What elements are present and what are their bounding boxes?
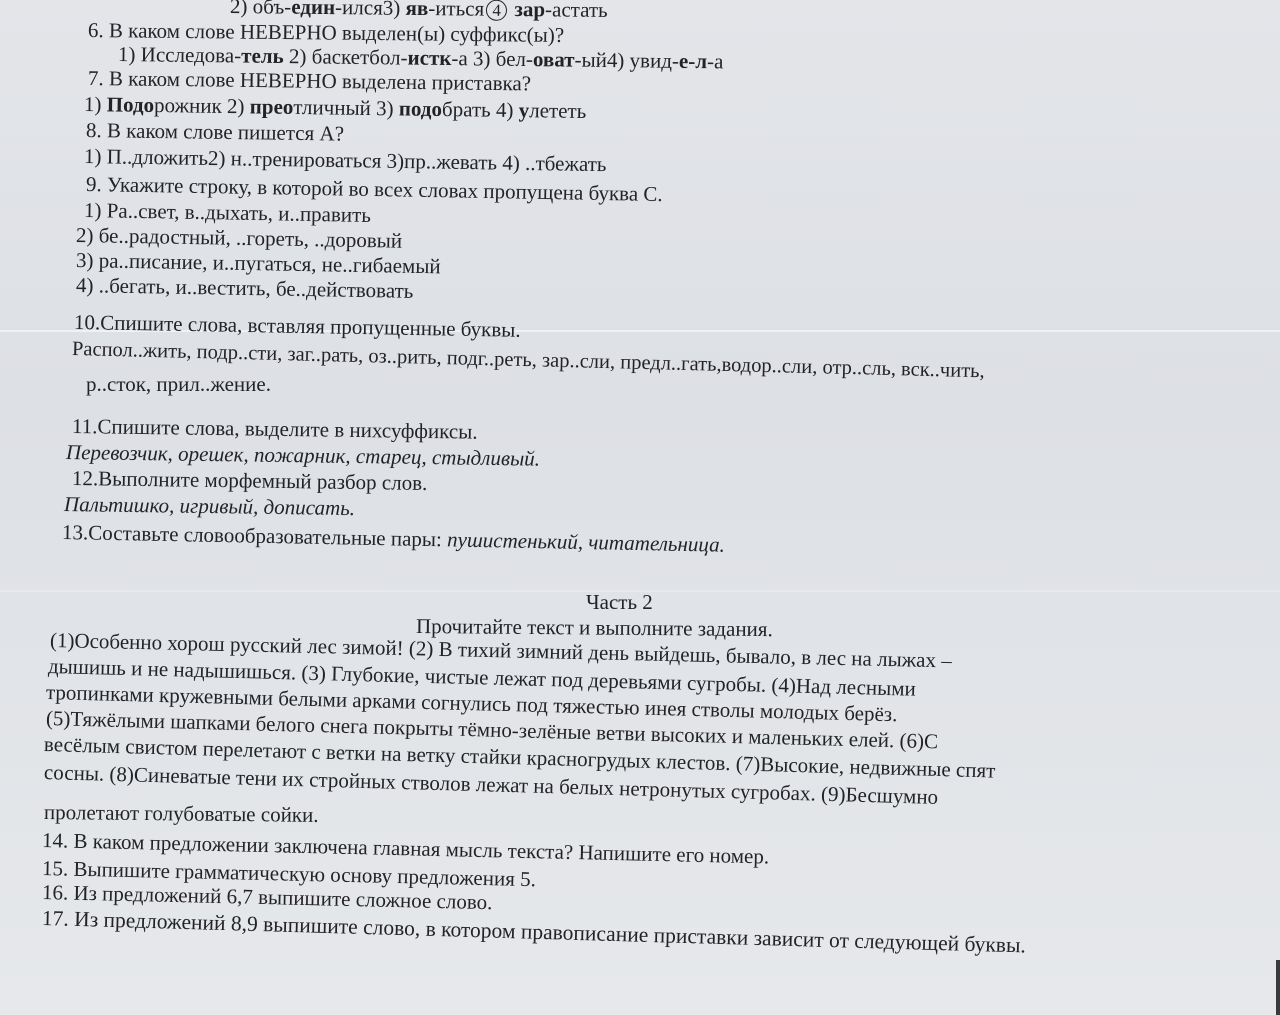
part-2-heading: Часть 2 xyxy=(586,590,653,614)
question-9-option: 4) ..бегать, и..вестить, бе..действовать xyxy=(76,273,414,303)
question-13: 13.Составьте словообразовательные пары: … xyxy=(62,520,725,557)
question-8-title: 8. В каком слове пишется А? xyxy=(86,118,344,146)
question-11-title: 11.Спишите слова, выделите в нихсуффиксы… xyxy=(72,414,478,444)
page-edge-shadow xyxy=(1276,960,1280,1015)
question-7-title: 7. В каком слове НЕВЕРНО выделена приста… xyxy=(88,66,531,95)
question-12-title: 12.Выполните морфемный разбор слов. xyxy=(72,466,428,495)
question-5-fragment: 2) объ-един-ился3) яв-иться4 зар-астать xyxy=(230,0,608,22)
question-12-words: Пальтишко, игривый, дописать. xyxy=(64,492,355,520)
question-8-options: 1) П..дложить2) н..тренироваться 3)пр..ж… xyxy=(84,144,607,176)
task-17: 17. Из предложений 8,9 выпишите слово, в… xyxy=(42,906,1027,957)
circled-answer: 4 xyxy=(486,0,507,21)
worksheet-photo: 2) объ-един-ился3) яв-иться4 зар-астать … xyxy=(0,0,1280,1015)
question-9-option: 1) Ра..свет, в..дыхать, и..править xyxy=(84,198,371,227)
question-10-words-cont: р..сток, прил..жение. xyxy=(86,372,271,396)
passage-line: пролетают голубоватые сойки. xyxy=(44,800,319,827)
question-10-title: 10.Спишите слова, вставляя пропущенные б… xyxy=(74,310,521,342)
